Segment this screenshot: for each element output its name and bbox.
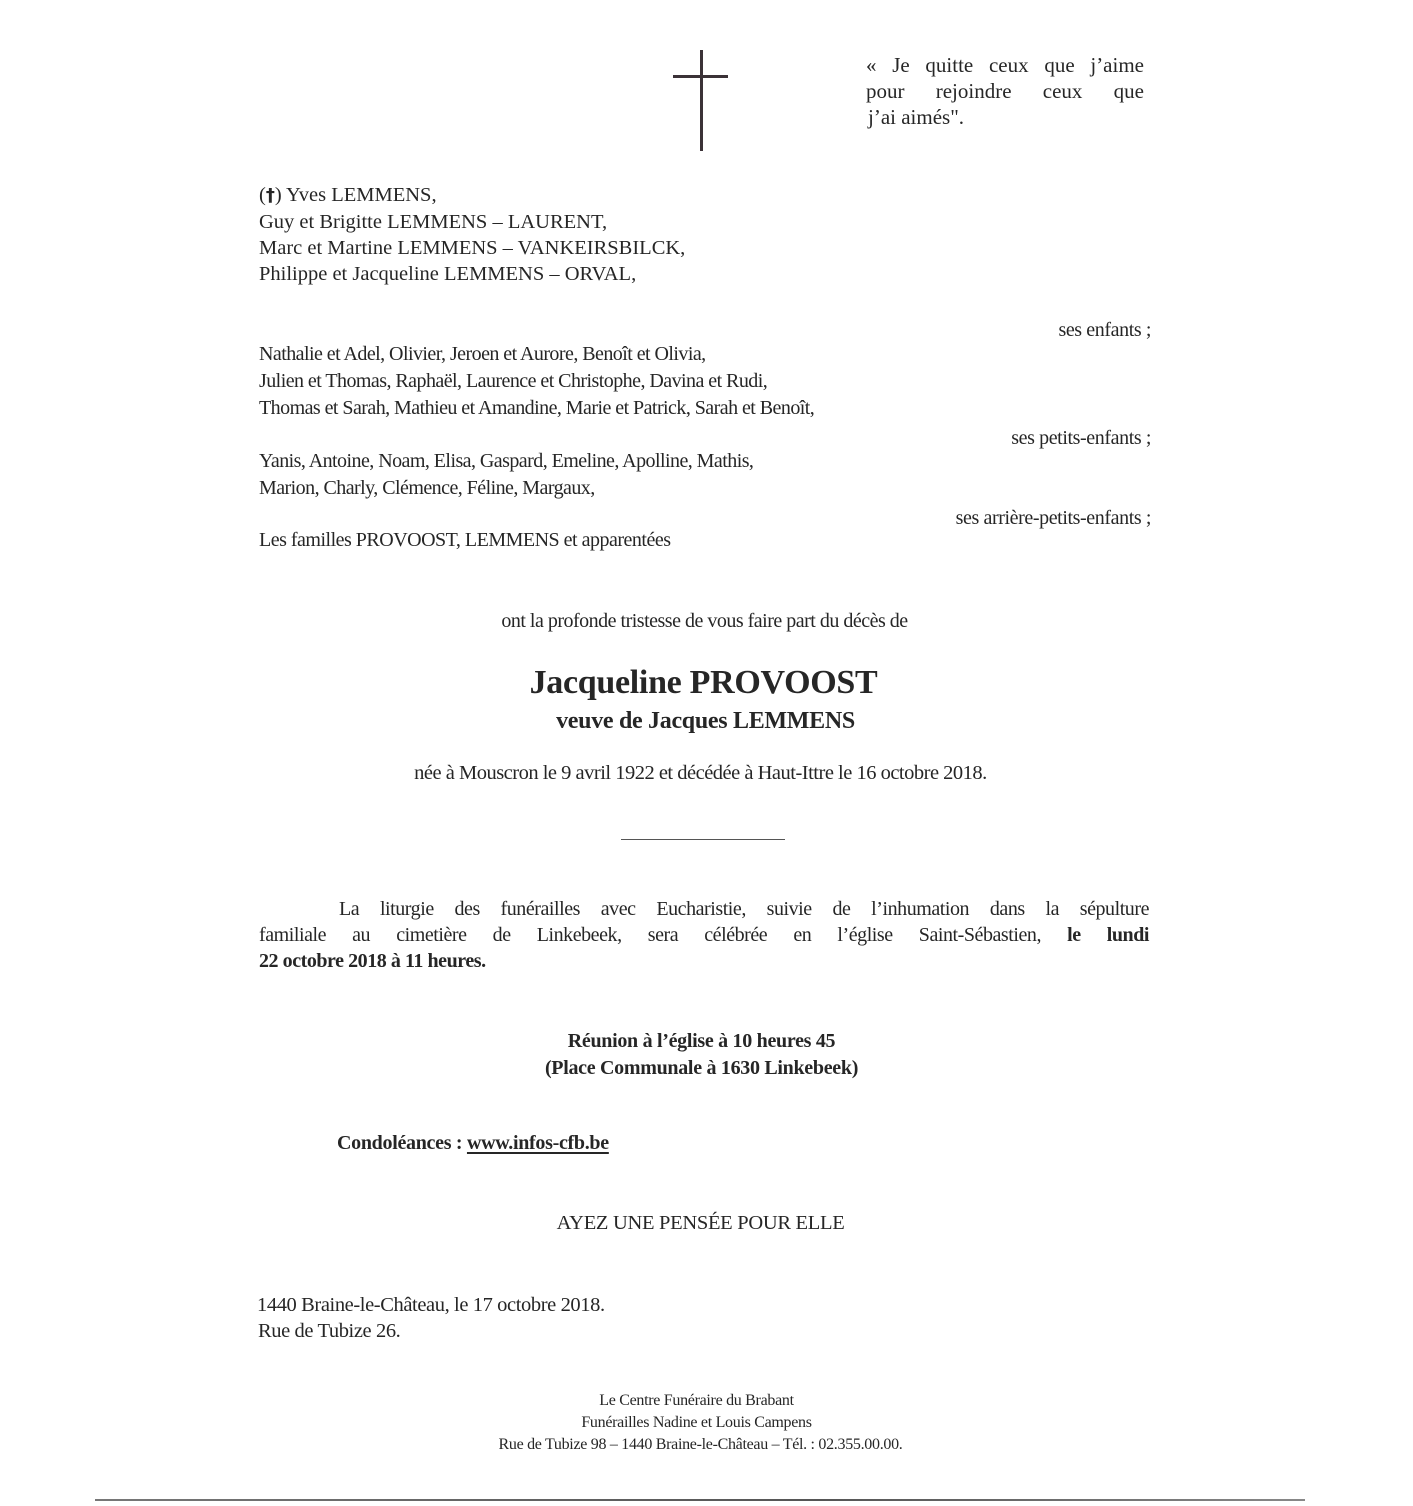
child-entry: Guy et Brigitte LEMMENS – LAURENT, <box>259 209 685 235</box>
widow-of: veuve de Jacques LEMMENS <box>0 708 1413 735</box>
child-entry: (†) Yves LEMMENS, <box>259 182 685 209</box>
great-grandchildren-label: ses arrière-petits-enfants ; <box>956 507 1151 530</box>
quote-line: « Je quitte ceux que j’aime <box>866 52 1144 78</box>
grandchildren-list: Nathalie et Adel, Olivier, Jeroen et Aur… <box>259 341 814 422</box>
closing-text: AYEZ UNE PENSÉE POUR ELLE <box>557 1212 845 1234</box>
child-name: Yves LEMMENS, <box>282 184 437 206</box>
announcement-text: ont la profonde tristesse de vous faire … <box>501 610 907 632</box>
grandchildren-line: Nathalie et Adel, Olivier, Jeroen et Aur… <box>259 341 814 368</box>
meeting-time: Réunion à l’église à 10 heures 45 <box>0 1028 1408 1055</box>
place-date: 1440 Braine-le-Château, le 17 octobre 20… <box>257 1292 605 1344</box>
widow-of-text: veuve de Jacques LEMMENS <box>556 708 855 734</box>
condolences: Condoléances : www.infos-cfb.be <box>337 1132 609 1155</box>
liturgy-line: familiale au cimetière de Linkebeek, ser… <box>259 922 1149 948</box>
quote-line: pour rejoindre ceux que <box>866 78 1144 104</box>
great-grandchildren-list: Yanis, Antoine, Noam, Elisa, Gaspard, Em… <box>259 448 753 502</box>
bottom-rule <box>95 1499 1305 1501</box>
footer-line: Le Centre Funéraire du Brabant <box>0 1390 1403 1412</box>
grandchildren-line: Julien et Thomas, Raphaël, Laurence et C… <box>259 368 814 395</box>
condolences-link[interactable]: www.infos-cfb.be <box>467 1132 609 1154</box>
address-line: Rue de Tubize 26. <box>257 1318 605 1344</box>
liturgy-line: 22 octobre 2018 à 11 heures. <box>259 948 1149 974</box>
footer-line: Funérailles Nadine et Louis Campens <box>0 1412 1403 1434</box>
liturgy-line: La liturgie des funérailles avec Euchari… <box>259 896 1149 922</box>
birth-death-text: née à Mouscron le 9 avril 1922 et décédé… <box>414 762 987 784</box>
dagger-icon: † <box>266 185 275 206</box>
deceased-name-text: Jacqueline PROVOOST <box>530 664 878 701</box>
families-line: Les familles PROVOOST, LEMMENS et appare… <box>259 529 671 552</box>
paren-open: ( <box>259 184 266 206</box>
footer-line: Rue de Tubize 98 – 1440 Braine-le-Châtea… <box>0 1434 1407 1456</box>
meeting-info: Réunion à l’église à 10 heures 45 (Place… <box>0 1028 1413 1082</box>
liturgy-paragraph: La liturgie des funérailles avec Euchari… <box>259 896 1149 974</box>
condolences-label: Condoléances : <box>337 1132 462 1154</box>
birth-death-info: née à Mouscron le 9 avril 1922 et décédé… <box>0 762 1413 785</box>
children-list: (†) Yves LEMMENS, Guy et Brigitte LEMMEN… <box>259 182 685 287</box>
funeral-home-footer: Le Centre Funéraire du Brabant Funéraill… <box>0 1390 1413 1456</box>
cross-vertical-bar <box>700 50 703 151</box>
announcement: ont la profonde tristesse de vous faire … <box>0 610 1413 633</box>
epigraph-quote: « Je quitte ceux que j’aime pour rejoind… <box>866 52 1144 130</box>
paren-close: ) <box>275 184 282 206</box>
liturgy-text: familiale au cimetière de Linkebeek, ser… <box>259 924 1041 946</box>
great-grandchildren-line: Yanis, Antoine, Noam, Elisa, Gaspard, Em… <box>259 448 753 475</box>
child-entry: Philippe et Jacqueline LEMMENS – ORVAL, <box>259 261 685 287</box>
liturgy-date-bold: le lundi <box>1067 924 1149 946</box>
grandchildren-line: Thomas et Sarah, Mathieu et Amandine, Ma… <box>259 395 814 422</box>
quote-line: j’ai aimés". <box>866 104 1144 130</box>
liturgy-date-bold: 22 octobre 2018 à 11 heures. <box>259 950 486 972</box>
great-grandchildren-line: Marion, Charly, Clémence, Féline, Margau… <box>259 475 753 502</box>
deceased-name: Jacqueline PROVOOST <box>0 664 1413 702</box>
meeting-place: (Place Communale à 1630 Linkebeek) <box>0 1055 1408 1082</box>
cross-horizontal-bar <box>673 75 728 78</box>
grandchildren-label: ses petits-enfants ; <box>1011 427 1151 450</box>
children-label: ses enfants ; <box>1058 319 1151 342</box>
closing-line: AYEZ UNE PENSÉE POUR ELLE <box>0 1212 1413 1235</box>
separator-rule <box>621 839 785 840</box>
place-date-line: 1440 Braine-le-Château, le 17 octobre 20… <box>257 1292 605 1318</box>
child-entry: Marc et Martine LEMMENS – VANKEIRSBILCK, <box>259 235 685 261</box>
